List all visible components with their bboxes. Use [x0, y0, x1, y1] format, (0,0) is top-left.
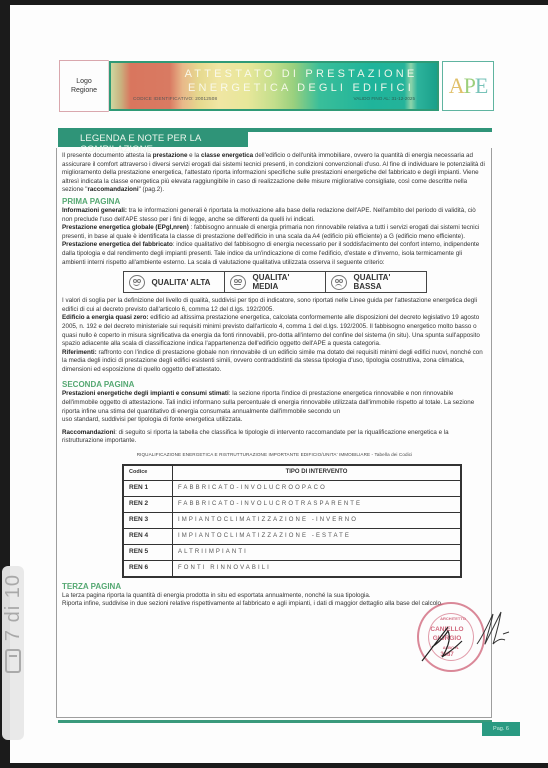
neutral-face-icon — [230, 275, 246, 290]
info-generali-paragraph: Informazioni generali: tra le informazio… — [62, 207, 487, 224]
intervention-cell: FONTI RINNOVABILI — [173, 560, 462, 577]
happy-face-icon — [129, 275, 145, 290]
quality-scale: QUALITA' ALTA QUALITA' MEDIA QUALITA' BA… — [123, 271, 427, 293]
nzeb-paragraph: Edificio a energia quasi zero: edificio … — [62, 314, 487, 348]
banner-title-line1: ATTESTATO DI PRESTAZIONE — [171, 67, 431, 81]
code-cell: REN 5 — [123, 544, 173, 560]
intervention-codes-table: Codice TIPO DI INTERVENTO REN 1FABBRICAT… — [122, 464, 462, 578]
riferimenti-paragraph: Riferimenti: raffronto con l'indice di p… — [62, 349, 487, 375]
heading-terza-pagina: TERZA PAGINA — [62, 582, 487, 592]
code-cell: REN 6 — [123, 560, 173, 577]
tablet-icon — [5, 649, 21, 673]
raccomandazioni-paragraph: Raccomandazioni: di seguito si riporta l… — [62, 429, 487, 446]
valid-until: VALIDO FINO AL: 31-12-2025 — [354, 96, 415, 101]
epgl-paragraph: Prestazione energetica globale (EPgl,nre… — [62, 224, 487, 241]
ape-banner: ATTESTATO DI PRESTAZIONE ENERGETICA DEGL… — [109, 61, 439, 111]
quality-low: QUALITA' BASSA — [326, 272, 426, 292]
table-row: REN 5ALTRIIMPIANTI — [123, 544, 461, 560]
document-page: Logo Regione ATTESTATO DI PRESTAZIONE EN… — [10, 5, 548, 763]
terza-paragraph-2: Riporta infine, suddivise in due sezioni… — [62, 600, 487, 609]
signature-scribble-icon — [418, 617, 474, 667]
table-row: REN 6FONTI RINNOVABILI — [123, 560, 461, 577]
quality-medium: QUALITA' MEDIA — [225, 272, 326, 292]
intervention-cell: FABBRICATO-INVOLUCROOPACO — [173, 480, 462, 496]
intervention-cell: FABBRICATO-INVOLUCROTRASPARENTE — [173, 496, 462, 512]
banner-title-line2: ENERGETICA DEGLI EDIFICI — [171, 81, 431, 95]
page-number: Pag. 6 — [482, 722, 520, 736]
region-logo: Logo Regione — [59, 60, 109, 112]
sad-face-icon — [331, 275, 347, 290]
code-cell: REN 3 — [123, 512, 173, 528]
intervention-cell: IMPIANTOCLIMATIZZAZIONE -INVERNO — [173, 512, 462, 528]
terza-paragraph-1: La terza pagina riporta la quantità di e… — [62, 592, 487, 601]
intervention-cell: ALTRIIMPIANTI — [173, 544, 462, 560]
page-indicator-text: 7 di 10 — [2, 574, 25, 641]
header-tipo-intervento: TIPO DI INTERVENTO — [173, 465, 462, 481]
intervention-cell: IMPIANTOCLIMATIZZAZIONE -ESTATE — [173, 528, 462, 544]
prestazioni-paragraph-cont: uso standard, suddivisi per tipologia di… — [62, 416, 487, 425]
table-caption: RIQUALIFICAZIONE ENERGETICA E RISTRUTTUR… — [62, 451, 487, 460]
quality-medium-label: QUALITA' MEDIA — [253, 273, 303, 291]
heading-seconda-pagina: SECONDA PAGINA — [62, 380, 487, 390]
prestazioni-paragraph: Prestazioni energetiche degli impianti e… — [62, 390, 487, 416]
page-indicator: 7 di 10 — [2, 566, 24, 740]
header-codice: Codice — [123, 465, 173, 481]
quality-high-label: QUALITA' ALTA — [152, 278, 211, 287]
section-header: LEGENDA E NOTE PER LA COMPILAZIONE — [58, 128, 248, 147]
table-row: REN 1FABBRICATO-INVOLUCROOPACO — [123, 480, 461, 496]
logo-text-line2: Regione — [60, 86, 108, 95]
footer-divider — [58, 720, 492, 723]
quality-high: QUALITA' ALTA — [124, 272, 225, 292]
code-cell: REN 4 — [123, 528, 173, 544]
table-row: REN 4IMPIANTOCLIMATIZZAZIONE -ESTATE — [123, 528, 461, 544]
signature-icon — [475, 610, 515, 650]
intro-paragraph: Il presente documento attesta la prestaz… — [62, 152, 487, 195]
table-row: REN 3IMPIANTOCLIMATIZZAZIONE -INVERNO — [123, 512, 461, 528]
code-cell: REN 1 — [123, 480, 173, 496]
ape-logo: APE — [442, 61, 494, 111]
banner-title: ATTESTATO DI PRESTAZIONE ENERGETICA DEGL… — [171, 67, 431, 95]
certificate-code: CODICE IDENTIFICATIVO: 20012508 — [133, 96, 217, 101]
fabbricato-paragraph: Prestazione energetica del fabbricato: i… — [62, 241, 487, 267]
code-cell: REN 2 — [123, 496, 173, 512]
quality-low-label: QUALITA' BASSA — [354, 273, 404, 291]
heading-prima-pagina: PRIMA PAGINA — [62, 197, 487, 207]
table-row: REN 2FABBRICATO-INVOLUCROTRASPARENTE — [123, 496, 461, 512]
logo-text-line1: Logo — [60, 77, 108, 86]
soglia-paragraph: I valori di soglia per la definizione de… — [62, 297, 487, 314]
table-header-row: Codice TIPO DI INTERVENTO — [123, 465, 461, 481]
